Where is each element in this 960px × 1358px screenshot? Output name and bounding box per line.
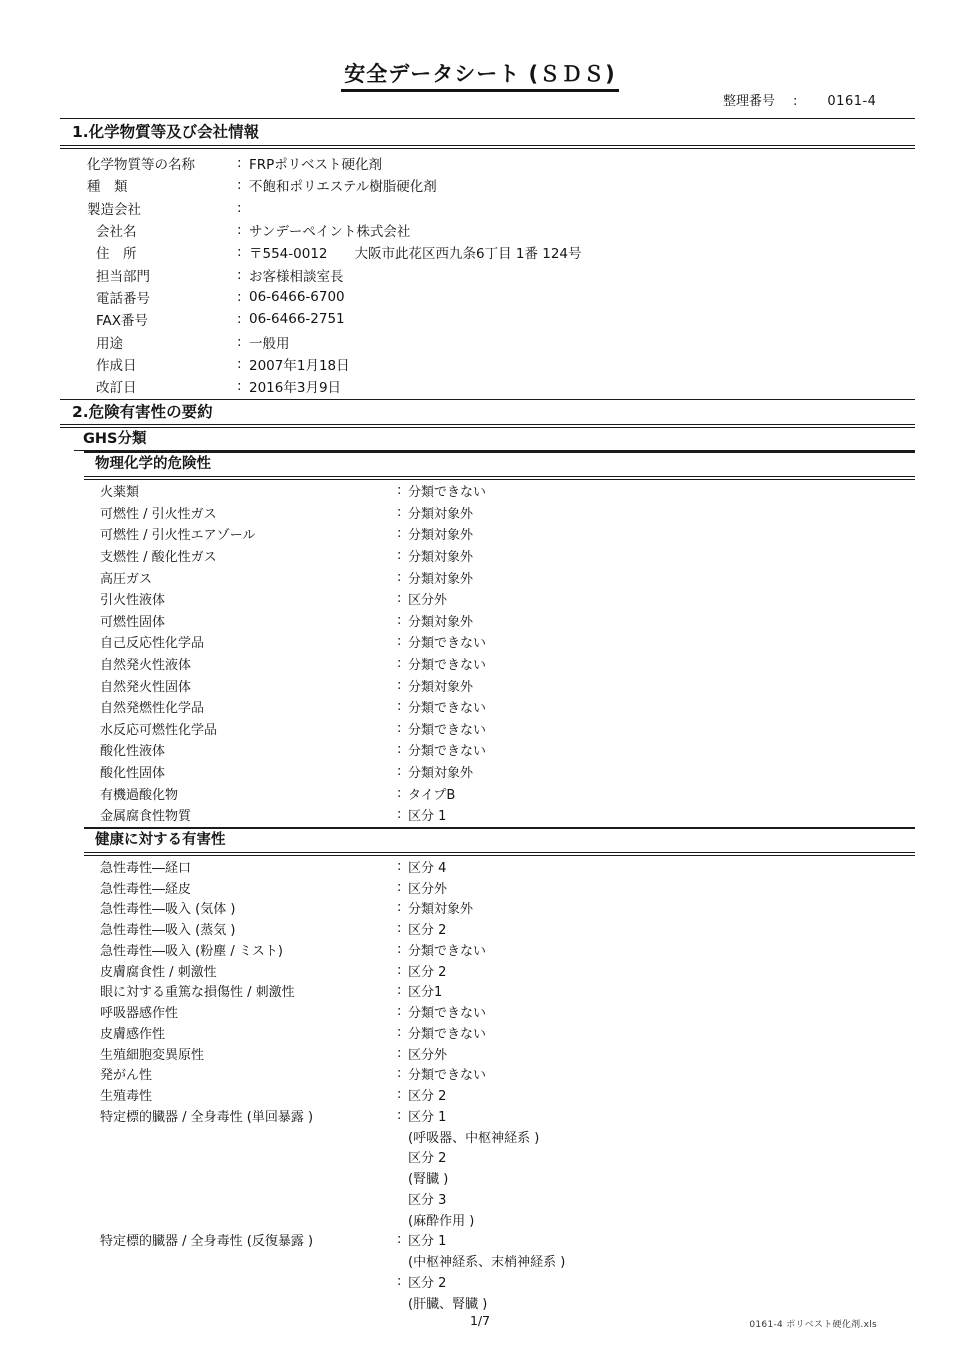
hazard-row: 可燃性 / 引火性エアゾール : 分類対象外 xyxy=(60,523,915,545)
hazard-colon: : xyxy=(397,548,406,563)
hazard-row: 発がん性 : 分類できない xyxy=(60,1064,915,1085)
hazard-value: (腎臓 ) xyxy=(406,1168,448,1187)
hazard-value: タイプB xyxy=(406,784,455,803)
hazard-row: (肝臓、腎臓 ) xyxy=(60,1292,915,1313)
field-value: 不飽和ポリエステル樹脂硬化剤 xyxy=(246,175,437,195)
hazard-label: 金属腐食性物質 xyxy=(60,805,397,824)
hazard-row: 急性毒性―経皮 : 区分外 xyxy=(60,877,915,898)
hazard-value: 区分 4 xyxy=(406,857,446,876)
company-info-row: 住 所 : 〒554-0012 大阪市此花区西九条6丁目 1番 124号 xyxy=(60,241,915,263)
hazard-row: 火薬類 : 分類できない xyxy=(60,480,915,502)
hazard-row: 高圧ガス : 分類対象外 xyxy=(60,566,915,588)
hazard-value: 分類できない xyxy=(406,1002,486,1021)
hazard-row: 可燃性 / 引火性ガス : 分類対象外 xyxy=(60,502,915,524)
hazard-label: 呼吸器感作性 xyxy=(60,1002,397,1021)
hazard-row: 呼吸器感作性 : 分類できない xyxy=(60,1001,915,1022)
hazard-label: 高圧ガス xyxy=(60,568,397,587)
field-colon: : xyxy=(237,222,246,238)
hazard-colon: : xyxy=(397,570,406,585)
hazard-row: 特定標的臓器 / 全身毒性 (反復暴露 ) : 区分 1 xyxy=(60,1230,915,1251)
hazard-value: 区分 2 xyxy=(406,919,446,938)
hazard-row: 急性毒性―吸入 (粉塵 / ミスト) : 分類できない xyxy=(60,939,915,960)
hazard-value: 区分 1 xyxy=(406,1230,446,1249)
hazard-row: 水反応可燃性化学品 : 分類できない xyxy=(60,718,915,740)
field-label: 製造会社 xyxy=(60,198,237,218)
document-content: 1.化学物質等及び会社情報 化学物質等の名称 : FRPポリベスト硬化剤 種 類… xyxy=(60,0,915,1358)
field-value: 06-6466-2751 xyxy=(246,311,345,327)
hazard-value: 分類対象外 xyxy=(406,546,473,565)
field-label: 住 所 xyxy=(60,242,237,262)
hazard-label: 生殖細胞変異原性 xyxy=(60,1044,397,1063)
hazard-value: 区分 1 xyxy=(406,805,446,824)
hazard-row: 眼に対する重篤な損傷性 / 刺激性 : 区分1 xyxy=(60,981,915,1002)
hazard-row: 引火性液体 : 区分外 xyxy=(60,588,915,610)
field-colon: : xyxy=(237,200,246,216)
hazard-row: (中枢神経系、末梢神経系 ) xyxy=(60,1250,915,1271)
hazard-row: 自己反応性化学品 : 分類できない xyxy=(60,631,915,653)
hazard-colon: : xyxy=(397,963,406,978)
field-value: サンデーペイント株式会社 xyxy=(246,220,410,240)
field-value: FRPポリベスト硬化剤 xyxy=(246,153,382,173)
hazard-label: 引火性液体 xyxy=(60,589,397,608)
hazard-colon: : xyxy=(397,634,406,649)
hazard-colon: : xyxy=(397,678,406,693)
hazard-value: 分類できない xyxy=(406,632,486,651)
hazard-value: (中枢神経系、末梢神経系 ) xyxy=(406,1251,565,1270)
hazard-value: 分類できない xyxy=(406,697,486,716)
hazard-value: 分類対象外 xyxy=(406,898,473,917)
hazard-row: (麻酔作用 ) xyxy=(60,1209,915,1230)
hazard-value: 分類対象外 xyxy=(406,676,473,695)
hazard-colon: : xyxy=(397,591,406,606)
footer-filename: 0161-4 ポリベスト硬化剤.xls xyxy=(749,1317,877,1330)
hazard-value: 分類対象外 xyxy=(406,611,473,630)
hazard-label: 支燃性 / 酸化性ガス xyxy=(60,546,397,565)
hazard-value: 区分 2 xyxy=(406,1147,446,1166)
field-label: 改訂日 xyxy=(60,376,237,396)
hazard-label: 自己反応性化学品 xyxy=(60,632,397,651)
hazard-label: 急性毒性―経皮 xyxy=(60,878,397,897)
hazard-value: 分類できない xyxy=(406,940,486,959)
company-info-rows: 化学物質等の名称 : FRPポリベスト硬化剤 種 類 : 不飽和ポリエステル樹脂… xyxy=(60,152,915,397)
hazard-row: 可燃性固体 : 分類対象外 xyxy=(60,610,915,632)
hazard-row: (腎臓 ) xyxy=(60,1167,915,1188)
hazard-colon: : xyxy=(397,1232,406,1247)
hazard-colon: : xyxy=(397,921,406,936)
hazard-colon: : xyxy=(397,742,406,757)
ghs-classification-heading: GHS分類 xyxy=(74,428,915,451)
hazard-value: 区分 2 xyxy=(406,1085,446,1104)
hazard-colon: : xyxy=(397,983,406,998)
hazard-row: : 区分 2 xyxy=(60,1271,915,1292)
hazard-colon: : xyxy=(397,656,406,671)
company-info-row: FAX番号 : 06-6466-2751 xyxy=(60,308,915,330)
hazard-value: (麻酔作用 ) xyxy=(406,1210,474,1229)
field-label: 担当部門 xyxy=(60,265,237,285)
physical-hazards-rows: 火薬類 : 分類できない 可燃性 / 引火性ガス : 分類対象外 可燃性 / 引… xyxy=(60,480,915,826)
hazard-row: 皮膚感作性 : 分類できない xyxy=(60,1022,915,1043)
hazard-label: 自然発火性固体 xyxy=(60,676,397,695)
hazard-row: 支燃性 / 酸化性ガス : 分類対象外 xyxy=(60,545,915,567)
company-info-row: 種 類 : 不飽和ポリエステル樹脂硬化剤 xyxy=(60,174,915,196)
company-info-row: 担当部門 : お客様相談室長 xyxy=(60,263,915,285)
hazard-value: (肝臓、腎臓 ) xyxy=(406,1293,487,1312)
hazard-row: 酸化性固体 : 分類対象外 xyxy=(60,761,915,783)
hazard-value: 区分外 xyxy=(406,878,447,897)
hazard-label: 皮膚腐食性 / 刺激性 xyxy=(60,961,397,980)
hazard-label: 皮膚感作性 xyxy=(60,1023,397,1042)
field-colon: : xyxy=(237,267,246,283)
health-hazards-rows: 急性毒性―経口 : 区分 4 急性毒性―経皮 : 区分外 急性毒性―吸入 (気体… xyxy=(60,856,915,1313)
hazard-colon: : xyxy=(397,1046,406,1061)
hazard-colon: : xyxy=(397,942,406,957)
hazard-colon: : xyxy=(397,1108,406,1123)
company-info-row: 会社名 : サンデーペイント株式会社 xyxy=(60,219,915,241)
field-colon: : xyxy=(237,378,246,394)
hazard-value: 区分 1 xyxy=(406,1106,446,1125)
hazard-row: 自然発火性液体 : 分類できない xyxy=(60,653,915,675)
field-value: 2007年1月18日 xyxy=(246,354,350,374)
field-label: 化学物質等の名称 xyxy=(60,153,237,173)
field-colon: : xyxy=(237,334,246,350)
hazard-colon: : xyxy=(397,613,406,628)
hazard-label: 生殖毒性 xyxy=(60,1085,397,1104)
hazard-value: 分類対象外 xyxy=(406,568,473,587)
field-value: 一般用 xyxy=(246,332,290,352)
hazard-label: 急性毒性―経口 xyxy=(60,857,397,876)
hazard-value: 分類できない xyxy=(406,481,486,500)
hazard-label: 眼に対する重篤な損傷性 / 刺激性 xyxy=(60,981,397,1000)
sds-document-page: 安全データシート (ＳＤＳ) 整理番号:0161-4 1.化学物質等及び会社情報… xyxy=(0,0,960,1358)
hazard-value: 区分 3 xyxy=(406,1189,446,1208)
company-info-row: 製造会社 : xyxy=(60,197,915,219)
field-label: 電話番号 xyxy=(60,287,237,307)
field-colon: : xyxy=(237,177,246,193)
hazard-label: 可燃性 / 引火性ガス xyxy=(60,503,397,522)
hazard-colon: : xyxy=(397,721,406,736)
hazard-row: 急性毒性―吸入 (蒸気 ) : 区分 2 xyxy=(60,918,915,939)
hazard-value: 分類できない xyxy=(406,740,486,759)
hazard-label: 有機過酸化物 xyxy=(60,784,397,803)
hazard-colon: : xyxy=(397,764,406,779)
hazard-row: 自然発火性固体 : 分類対象外 xyxy=(60,674,915,696)
physical-hazards-heading: 物理化学的危険性 xyxy=(84,451,915,480)
health-hazards-heading: 健康に対する有害性 xyxy=(84,827,915,856)
hazard-row: 区分 2 xyxy=(60,1147,915,1168)
hazard-colon: : xyxy=(397,1066,406,1081)
hazard-colon: : xyxy=(397,880,406,895)
hazard-value: 分類できない xyxy=(406,1023,486,1042)
field-value: 2016年3月9日 xyxy=(246,376,341,396)
field-label: 会社名 xyxy=(60,220,237,240)
hazard-colon: : xyxy=(397,900,406,915)
hazard-colon: : xyxy=(397,483,406,498)
hazard-label: 急性毒性―吸入 (粉塵 / ミスト) xyxy=(60,940,397,959)
company-info-row: 電話番号 : 06-6466-6700 xyxy=(60,286,915,308)
hazard-row: 特定標的臓器 / 全身毒性 (単回暴露 ) : 区分 1 xyxy=(60,1105,915,1126)
hazard-colon: : xyxy=(397,807,406,822)
hazard-row: 区分 3 xyxy=(60,1188,915,1209)
field-label: 作成日 xyxy=(60,354,237,374)
hazard-label: 可燃性固体 xyxy=(60,611,397,630)
hazard-value: 分類できない xyxy=(406,1064,486,1083)
hazard-row: (呼吸器、中枢神経系 ) xyxy=(60,1126,915,1147)
hazard-value: 区分 2 xyxy=(406,1272,446,1291)
field-colon: : xyxy=(237,155,246,171)
hazard-row: 有機過酸化物 : タイプB xyxy=(60,782,915,804)
hazard-colon: : xyxy=(397,859,406,874)
hazard-row: 生殖細胞変異原性 : 区分外 xyxy=(60,1043,915,1064)
hazard-value: 区分1 xyxy=(406,981,442,1000)
hazard-value: 分類できない xyxy=(406,719,486,738)
hazard-label: 火薬類 xyxy=(60,481,397,500)
hazard-value: 分類対象外 xyxy=(406,524,473,543)
hazard-value: 分類できない xyxy=(406,654,486,673)
hazard-label: 急性毒性―吸入 (気体 ) xyxy=(60,898,397,917)
hazard-label: 特定標的臓器 / 全身毒性 (単回暴露 ) xyxy=(60,1106,397,1125)
hazard-row: 皮膚腐食性 / 刺激性 : 区分 2 xyxy=(60,960,915,981)
hazard-colon: : xyxy=(397,1025,406,1040)
field-colon: : xyxy=(237,356,246,372)
hazard-label: 可燃性 / 引火性エアゾール xyxy=(60,524,397,543)
field-label: 種 類 xyxy=(60,175,237,195)
hazard-value: 区分 2 xyxy=(406,961,446,980)
hazard-label: 酸化性液体 xyxy=(60,740,397,759)
company-info-row: 用途 : 一般用 xyxy=(60,330,915,352)
field-value: 〒554-0012 大阪市此花区西九条6丁目 1番 124号 xyxy=(246,242,582,262)
field-colon: : xyxy=(237,311,246,327)
hazard-label: 自然発火性液体 xyxy=(60,654,397,673)
field-label: FAX番号 xyxy=(60,309,237,329)
company-info-row: 化学物質等の名称 : FRPポリベスト硬化剤 xyxy=(60,152,915,174)
hazard-row: 自然発燃性化学品 : 分類できない xyxy=(60,696,915,718)
hazard-label: 発がん性 xyxy=(60,1064,397,1083)
hazard-value: 分類対象外 xyxy=(406,503,473,522)
field-value: 06-6466-6700 xyxy=(246,289,345,305)
field-colon: : xyxy=(237,289,246,305)
hazard-row: 急性毒性―経口 : 区分 4 xyxy=(60,856,915,877)
hazard-label: 水反応可燃性化学品 xyxy=(60,719,397,738)
hazard-row: 急性毒性―吸入 (気体 ) : 分類対象外 xyxy=(60,898,915,919)
section1-heading: 1.化学物質等及び会社情報 xyxy=(60,118,915,149)
hazard-colon: : xyxy=(397,1087,406,1102)
hazard-row: 酸化性液体 : 分類できない xyxy=(60,739,915,761)
hazard-colon: : xyxy=(397,786,406,801)
hazard-label: 特定標的臓器 / 全身毒性 (反復暴露 ) xyxy=(60,1230,397,1249)
hazard-row: 金属腐食性物質 : 区分 1 xyxy=(60,804,915,826)
hazard-colon: : xyxy=(397,505,406,520)
hazard-row: 生殖毒性 : 区分 2 xyxy=(60,1084,915,1105)
hazard-label: 酸化性固体 xyxy=(60,762,397,781)
section2-heading: 2.危険有害性の要約 xyxy=(60,399,915,428)
hazard-colon: : xyxy=(397,699,406,714)
hazard-value: 分類対象外 xyxy=(406,762,473,781)
field-value: お客様相談室長 xyxy=(246,265,344,285)
hazard-label: 急性毒性―吸入 (蒸気 ) xyxy=(60,919,397,938)
hazard-value: 区分外 xyxy=(406,589,447,608)
field-label: 用途 xyxy=(60,332,237,352)
field-colon: : xyxy=(237,244,246,260)
company-info-row: 作成日 : 2007年1月18日 xyxy=(60,353,915,375)
hazard-label: 自然発燃性化学品 xyxy=(60,697,397,716)
hazard-colon: : xyxy=(397,1004,406,1019)
company-info-row: 改訂日 : 2016年3月9日 xyxy=(60,375,915,397)
hazard-colon: : xyxy=(397,1274,406,1289)
hazard-value: 区分外 xyxy=(406,1044,447,1063)
hazard-value: (呼吸器、中枢神経系 ) xyxy=(406,1127,539,1146)
hazard-colon: : xyxy=(397,526,406,541)
